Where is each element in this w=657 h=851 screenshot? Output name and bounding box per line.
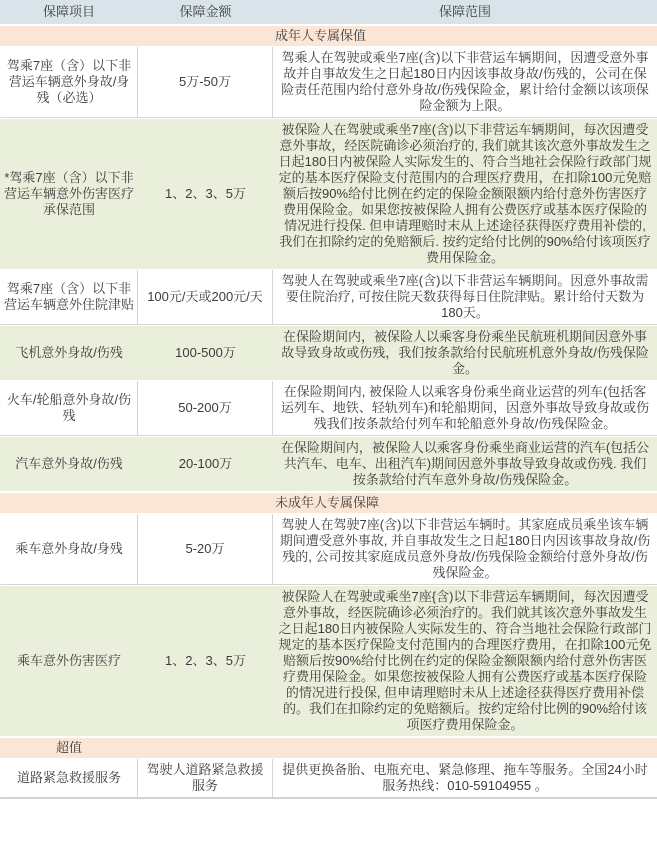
insurance-coverage-table: 保障项目 保障金额 保障范围 成年人专属保值 驾乘7座（含）以下非营运车辆意外身… [0, 0, 657, 799]
coverage-item: 乘车意外伤害医疗 [0, 586, 138, 736]
coverage-item: 乘车意外身故/身残 [0, 514, 138, 585]
section-row-adult: 成年人专属保值 [0, 25, 657, 47]
coverage-scope: 驾乘人在驾驶或乘坐7座(含)以下非营运车辆期间，因遭受意外事故并自事故发生之日起… [273, 47, 657, 118]
coverage-amount: 1、2、3、5万 [138, 119, 273, 269]
section-label-adult: 成年人专属保值 [275, 28, 366, 44]
coverage-amount: 100-500万 [138, 326, 273, 380]
table-row: 乘车意外身故/身残 5-20万 驾驶人在驾驶7座(含)以下非营运车辆时。其家庭成… [0, 514, 657, 585]
coverage-item: 火车/轮船意外身故/伤残 [0, 381, 138, 436]
table-header-row: 保障项目 保障金额 保障范围 [0, 0, 657, 25]
table-row: 汽车意外身故/伤残 20-100万 在保险期间内，被保险人以乘客身份乘坐商业运营… [0, 436, 657, 492]
coverage-scope: 提供更换备胎、电瓶充电、紧急修理、拖车等服务。全国24小时服务热线：010-59… [273, 759, 657, 798]
table-row: 飞机意外身故/伤残 100-500万 在保险期间内，被保险人以乘客身份乘坐民航班… [0, 325, 657, 381]
coverage-amount: 20-100万 [138, 437, 273, 491]
coverage-item: 道路紧急救援服务 [0, 759, 138, 798]
section-row-minor: 未成年人专属保障 [0, 492, 657, 514]
coverage-amount: 100元/天或200元/天 [138, 270, 273, 325]
table-row: 道路紧急救援服务 驾驶人道路紧急救援服务 提供更换备胎、电瓶充电、紧急修理、拖车… [0, 759, 657, 798]
coverage-scope: 在保险期间内，被保险人以乘客身份乘坐商业运营的汽车(包括公共汽车、电车、出租汽车… [273, 437, 657, 491]
coverage-amount: 5-20万 [138, 514, 273, 585]
coverage-amount: 5万-50万 [138, 47, 273, 118]
table-row: 驾乘7座（含）以下非营运车辆意外身故/身残（必选） 5万-50万 驾乘人在驾驶或… [0, 47, 657, 118]
coverage-item: 驾乘7座（含）以下非营运车辆意外身故/身残（必选） [0, 47, 138, 118]
coverage-item: *驾乘7座（含）以下非营运车辆意外伤害医疗承保范围 [0, 119, 138, 269]
column-header-scope: 保障范围 [273, 0, 657, 24]
coverage-amount: 50-200万 [138, 381, 273, 436]
coverage-scope: 被保险人在驾驶或乘坐7座{含)以下非营运车辆期间，每次因遭受意外事故，经医院确诊… [273, 586, 657, 736]
coverage-amount: 1、2、3、5万 [138, 586, 273, 736]
coverage-item: 驾乘7座（含）以下非营运车辆意外住院津贴 [0, 270, 138, 325]
coverage-scope: 在保险期间内，被保险人以乘客身份乘坐民航班机期间因意外事故导致身故或伤残，我们按… [273, 326, 657, 380]
coverage-scope: 驾驶人在驾驶7座(含)以下非营运车辆时。其家庭成员乘坐该车辆期间遭受意外事故, … [273, 514, 657, 585]
table-row: 火车/轮船意外身故/伤残 50-200万 在保险期间内, 被保险人以乘客身份乘坐… [0, 381, 657, 436]
coverage-amount: 驾驶人道路紧急救援服务 [138, 759, 273, 798]
column-header-amount: 保障金额 [138, 0, 273, 24]
section-label-extra: 超值 [0, 740, 138, 756]
table-row: 乘车意外伤害医疗 1、2、3、5万 被保险人在驾驶或乘坐7座{含)以下非营运车辆… [0, 585, 657, 737]
table-row: 驾乘7座（含）以下非营运车辆意外住院津贴 100元/天或200元/天 驾驶人在驾… [0, 270, 657, 325]
section-label-minor: 未成年人专属保障 [275, 495, 379, 511]
coverage-item: 汽车意外身故/伤残 [0, 437, 138, 491]
coverage-scope: 驾驶人在驾驶或乘坐7座(含)以下非营运车辆期间。因意外事故需要住院治疗, 可按住… [273, 270, 657, 325]
column-header-item: 保障项目 [0, 0, 138, 24]
coverage-scope: 被保险人在驾驶或乘坐7座(含)以下非营运车辆期间，每次因遭受意外事故，经医院确诊… [273, 119, 657, 269]
table-row: *驾乘7座（含）以下非营运车辆意外伤害医疗承保范围 1、2、3、5万 被保险人在… [0, 118, 657, 270]
coverage-item: 飞机意外身故/伤残 [0, 326, 138, 380]
section-row-extra: 超值 [0, 737, 657, 759]
coverage-scope: 在保险期间内, 被保险人以乘客身份乘坐商业运营的列车(包括客运列车、地铁、轻轨列… [273, 381, 657, 436]
